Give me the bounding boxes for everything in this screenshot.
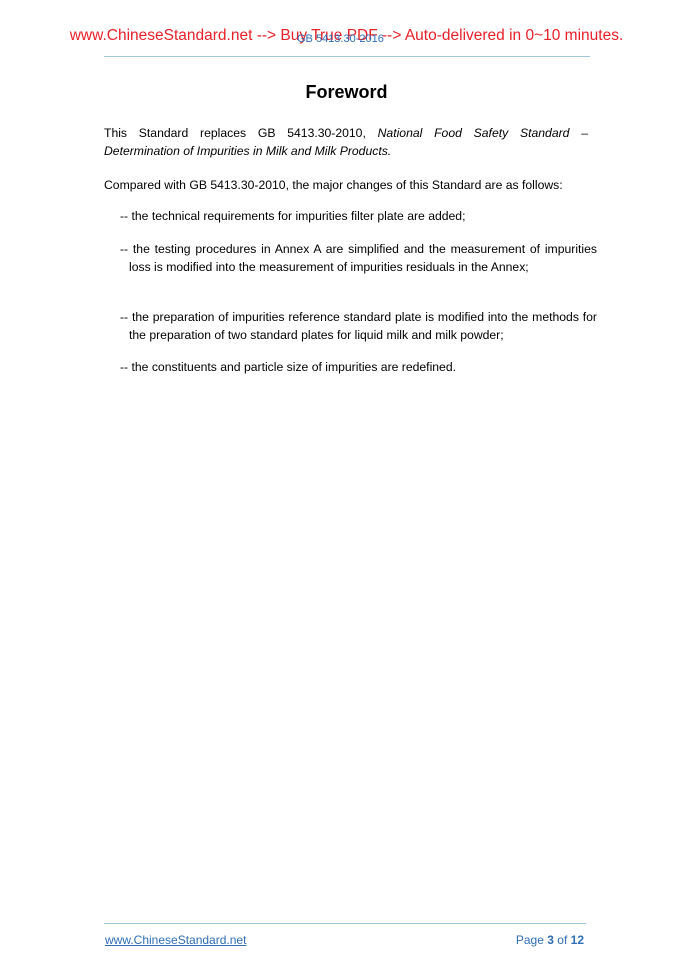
footer-divider — [104, 923, 586, 924]
intro-plain: This Standard replaces GB 5413.30-2010, — [104, 126, 378, 140]
change-item: -- the constituents and particle size of… — [120, 358, 597, 376]
changes-intro: Compared with GB 5413.30-2010, the major… — [104, 176, 588, 194]
page-title: Foreword — [0, 82, 693, 103]
header-divider — [104, 56, 590, 57]
standard-code: GB 5413.30-2016 — [297, 33, 384, 45]
page-number: Page 3 of 12 — [516, 933, 584, 947]
change-item: -- the technical requirements for impuri… — [120, 207, 597, 225]
change-item: -- the testing procedures in Annex A are… — [120, 240, 597, 276]
page-current: 3 — [547, 933, 554, 947]
page-total: 12 — [571, 933, 584, 947]
page-label: Page — [516, 933, 544, 947]
page-of: of — [557, 933, 567, 947]
intro-paragraph: This Standard replaces GB 5413.30-2010, … — [104, 124, 588, 160]
change-item: -- the preparation of impurities referen… — [120, 308, 597, 344]
footer-website-link[interactable]: www.ChineseStandard.net — [105, 933, 246, 947]
